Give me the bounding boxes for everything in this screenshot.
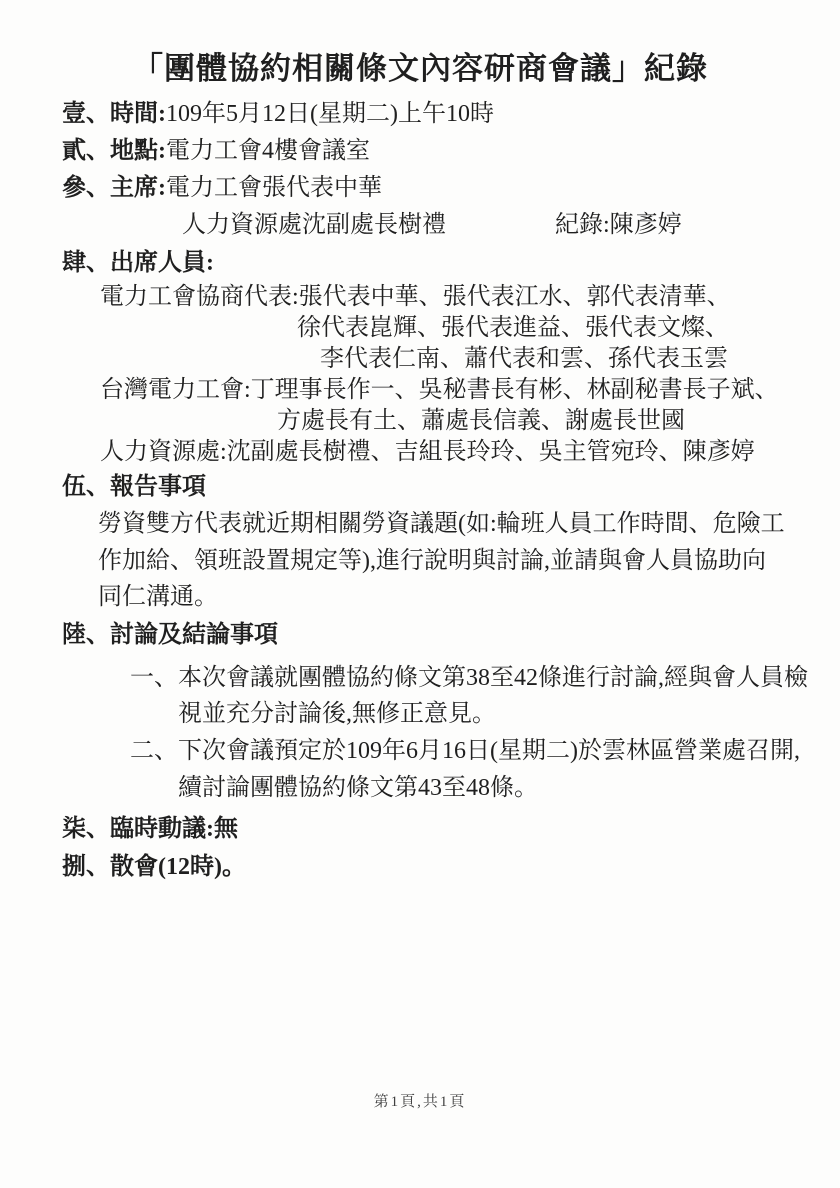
meta-label-time: 壹、時間: (62, 101, 166, 127)
motions-line: 柒、臨時動議:無 (62, 810, 800, 848)
meta-value-chair: 電力工會張代表中華 (166, 175, 382, 201)
meta-label-chair: 參、主席: (62, 175, 166, 201)
meta-value-time: 109年5月12日(星期二)上午10時 (166, 101, 494, 127)
meta-line-location: 貳、地點:電力工會4樓會議室 (62, 133, 800, 170)
chair-second-line: 人力資源處沈副處長樹禮 紀錄:陳彥婷 (62, 207, 800, 244)
attendee-line-union-reps-cont1: 徐代表崑輝、張代表進益、張代表文燦、 (297, 313, 800, 344)
attendee-line-taipower-union-cont: 方處長有土、蕭處長信義、謝處長世國 (277, 406, 800, 437)
discussion-item1-line2: 視並充分討論後,無修正意見。 (178, 696, 800, 733)
discussion-item2-line2: 續討論團體協約條文第43至48條。 (178, 770, 800, 807)
document-body: 壹、時間:109年5月12日(星期二)上午10時 貳、地點:電力工會4樓會議室 … (0, 90, 840, 886)
report-paragraph-line2: 作加給、領班設置規定等),進行說明與討論,並請與會人員協助向 (98, 543, 800, 580)
meta-line-chair: 參、主席:電力工會張代表中華 (62, 170, 800, 207)
meta-label-location: 貳、地點: (62, 138, 166, 164)
report-paragraph-line1: 勞資雙方代表就近期相關勞資議題(如:輪班人員工作時間、危險工 (98, 506, 800, 543)
meta-value-location: 電力工會4樓會議室 (166, 138, 370, 164)
attendee-line-union-reps-cont2: 李代表仁南、蕭代表和雲、孫代表玉雲 (320, 344, 800, 375)
attendee-line-hr-dept: 人力資源處:沈副處長樹禮、吉組長玲玲、吳主管宛玲、陳彥婷 (100, 437, 800, 468)
discussion-item2-line1: 二、下次會議預定於109年6月16日(星期二)於雲林區營業處召開, (130, 733, 800, 770)
attendees-heading: 肆、出席人員: (62, 244, 800, 282)
document-page: 「團體協約相關條文內容研商會議」紀錄 壹、時間:109年5月12日(星期二)上午… (0, 0, 840, 1188)
discussion-item1-line1: 一、本次會議就團體協約條文第38至42條進行討論,經與會人員檢 (130, 660, 800, 697)
page-footer: 第1頁,共1頁 (0, 1090, 840, 1111)
meta-line-time: 壹、時間:109年5月12日(星期二)上午10時 (62, 96, 800, 133)
adjourn-line: 捌、散會(12時)。 (62, 848, 800, 886)
report-heading: 伍、報告事項 (62, 468, 800, 506)
discussion-heading: 陸、討論及結論事項 (62, 616, 800, 654)
attendee-line-taipower-union: 台灣電力工會:丁理事長作一、吳秘書長有彬、林副秘書長子斌、 (100, 375, 800, 406)
document-title: 「團體協約相關條文內容研商會議」紀錄 (0, 0, 840, 90)
chair-second-name: 人力資源處沈副處長樹禮 (182, 212, 446, 238)
report-paragraph-line3: 同仁溝通。 (98, 579, 800, 616)
attendee-line-union-reps: 電力工會協商代表:張代表中華、張代表江水、郭代表清華、 (100, 282, 800, 313)
recorder-label: 紀錄:陳彥婷 (555, 207, 682, 244)
